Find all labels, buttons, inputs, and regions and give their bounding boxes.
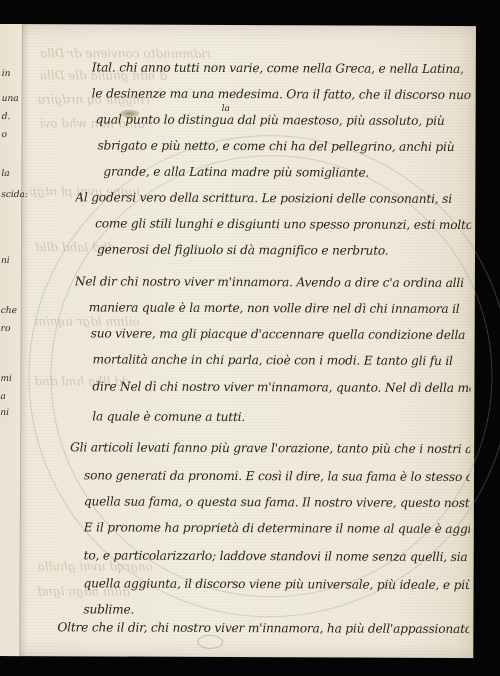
manuscript-line: grande, e alla Latina madre più somiglia… xyxy=(103,164,403,179)
manuscript-line: E il pronome ha proprietà di determinare… xyxy=(84,520,470,536)
manuscript-line: Ital. chi anno tutti non varie, come nel… xyxy=(92,60,472,76)
manuscript-line: la quale è comune a tutti. xyxy=(92,409,272,424)
manuscript-line: mortalità anche in chi parla, cioè con i… xyxy=(93,352,471,368)
manuscript-line: le desinenze ma una medesima. Ora il fat… xyxy=(92,86,472,102)
manuscript-line: sono generati da pronomi. E così il dire… xyxy=(84,468,470,484)
manuscript-line: dire Nel dì chi nostro viver m'innamora,… xyxy=(92,379,470,395)
manuscript-line: Gli articoli levati fanno più grave l'or… xyxy=(70,440,470,456)
manuscript-line: Oltre che il dir, chi nostro viver m'inn… xyxy=(57,620,469,636)
manuscript-line: quella sua fama, o questa sua fama. Il n… xyxy=(84,494,470,510)
manuscript-text: Ital. chi anno tutti non varie, come nel… xyxy=(0,24,476,658)
manuscript-page-scan: in una d. o la scida: ni che ro mi a ni … xyxy=(0,24,476,658)
manuscript-line: maniera quale è la morte, non volle dire… xyxy=(89,300,471,316)
manuscript-line: Al godersi vero della scrittura. Le posi… xyxy=(75,190,471,206)
manuscript-line: quella aggiunta, il discorso viene più u… xyxy=(84,576,470,592)
manuscript-line: sublime. xyxy=(83,602,163,616)
manuscript-line: suo vivere, ma gli piacque d'accennare q… xyxy=(91,326,471,342)
manuscript-line: Nel dir chi nostro viver m'innamora. Ave… xyxy=(75,274,471,290)
manuscript-line: qual punto lo distingua dal più maestoso… xyxy=(96,112,472,128)
manuscript-line: generosi del figliuolo si dà magnifico e… xyxy=(97,242,437,257)
document-viewer: in una d. o la scida: ni che ro mi a ni … xyxy=(0,0,500,676)
manuscript-line: to, e particolarizzarlo; laddove standov… xyxy=(84,548,470,564)
manuscript-line: sbrigato e più netto, e come chi ha del … xyxy=(97,138,471,154)
manuscript-line: come gli stili lunghi e disgiunti uno sp… xyxy=(95,216,471,232)
